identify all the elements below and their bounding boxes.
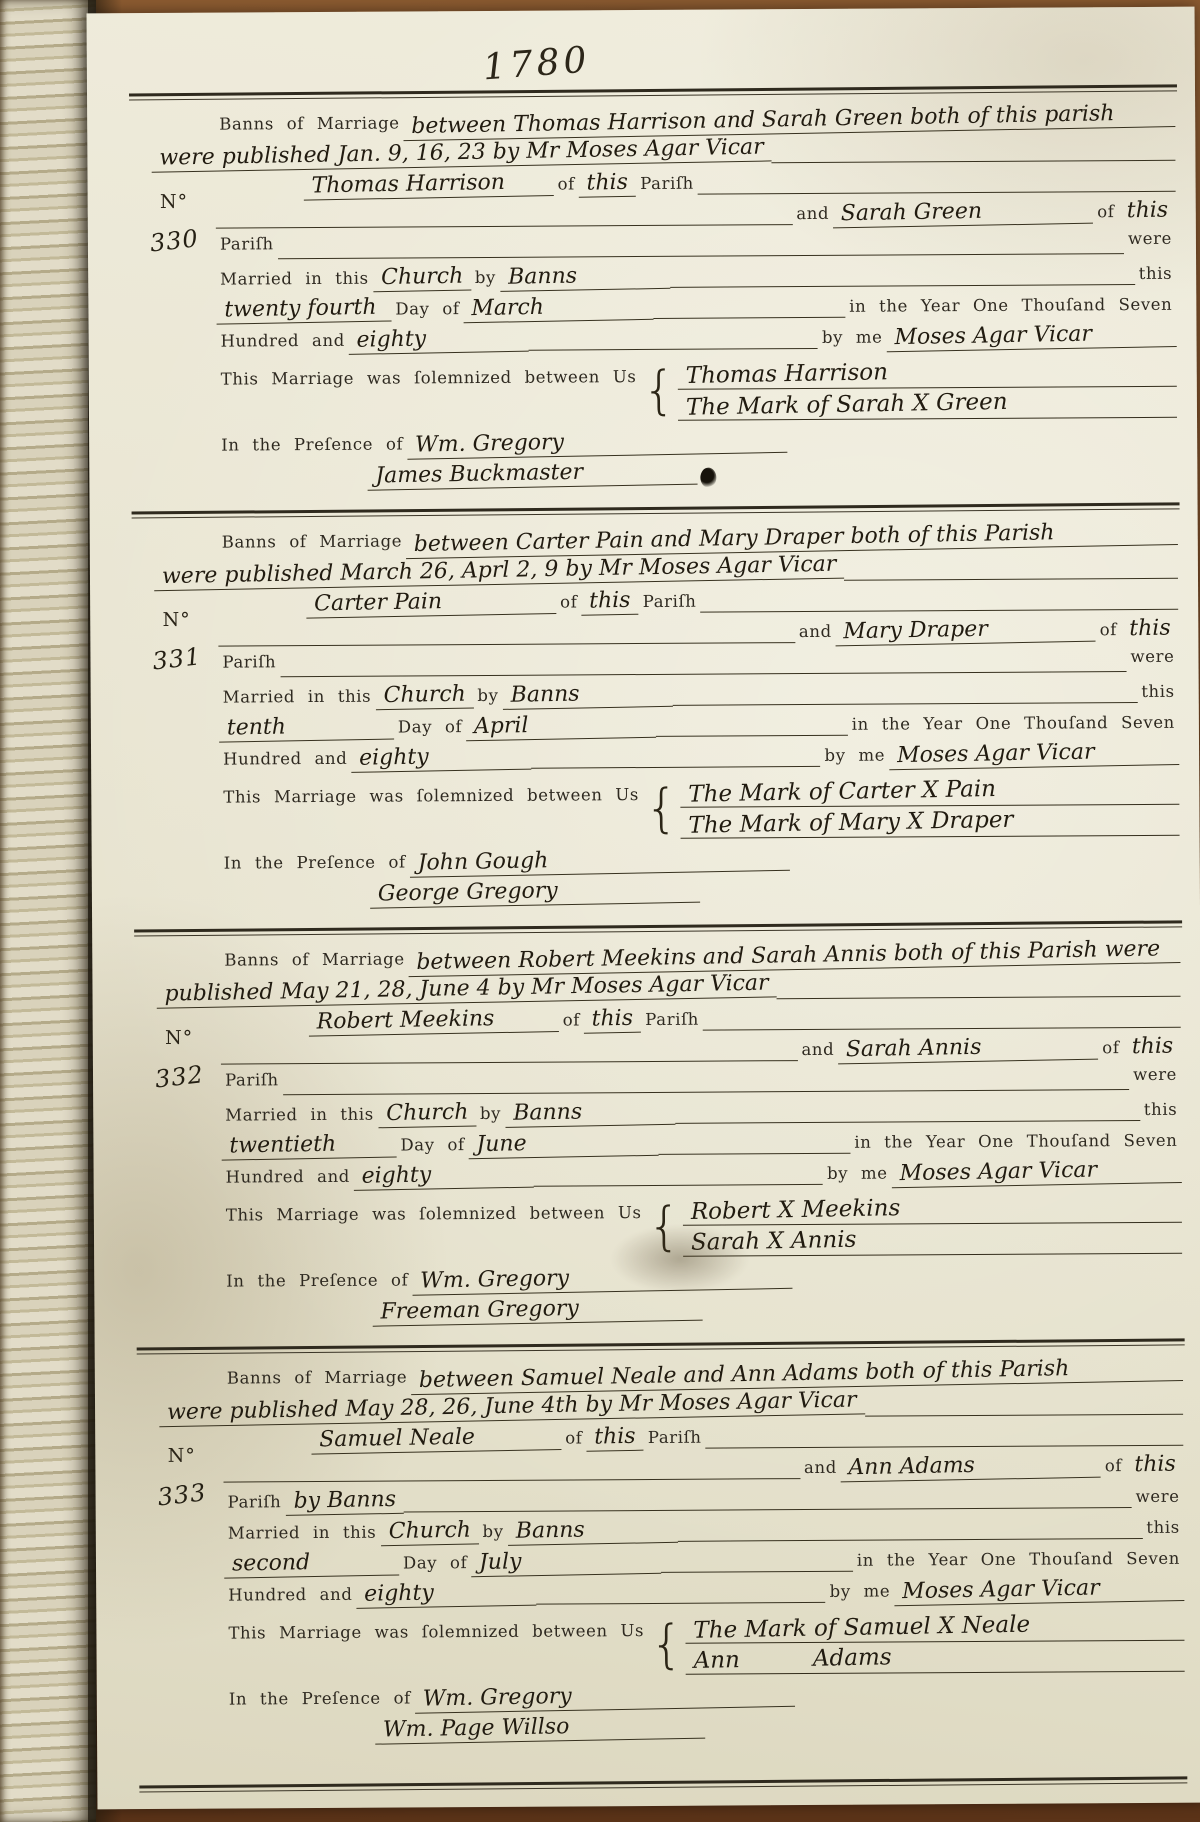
solemnized-label: This Marriage was ſolemnized between Us — [224, 1621, 648, 1643]
vicar-signature-entry: Moses Agar Vicar — [889, 738, 1179, 770]
record-number: N° 331 — [152, 609, 201, 673]
hundred-line: Hundred and eighty by me Moses Agar Vica… — [219, 740, 1179, 777]
parish-note-entry: by Banns — [285, 1487, 404, 1516]
page-content: 1780 N° 330 Banns of Marriage between Th… — [123, 39, 1190, 1791]
solemnized-label: This Marriage was ſolemnized between Us — [217, 367, 641, 389]
witness1-signature: Wm. Gregory — [407, 426, 787, 460]
day-entry: twentieth — [221, 1130, 396, 1160]
solemnized-line: This Marriage was ſolemnized between Us … — [224, 1613, 1184, 1678]
day-entry: twenty fourth — [216, 294, 391, 324]
church-entry: Church — [378, 1099, 477, 1128]
this-entry: this — [1121, 615, 1179, 642]
bride-name-entry: Sarah Annis — [838, 1033, 1098, 1065]
signatures: The Mark of Samuel X Neale Ann Adams — [685, 1613, 1185, 1675]
month-entry: July — [471, 1547, 661, 1577]
of-label: of — [1101, 1456, 1126, 1475]
banns-label: Banns of Marriage — [223, 1367, 411, 1387]
solemnized-line: This Marriage was ſolemnized between Us … — [219, 777, 1179, 842]
were-label: were — [1129, 1065, 1181, 1084]
parish-label: Pariſh — [224, 1492, 286, 1511]
banns-between-entry: between Robert Meekins and Sarah Annis b… — [408, 936, 1180, 977]
day-entry: second — [224, 1548, 399, 1578]
solemnized-label: This Marriage was ſolemnized between Us — [222, 1203, 646, 1225]
of-label: of — [556, 592, 581, 611]
hundred-line: Hundred and eighty by me Moses Agar Vica… — [222, 1158, 1182, 1195]
record-number: N° 333 — [157, 1445, 206, 1509]
parish-label: Pariſh — [221, 1070, 283, 1089]
parish-label: Pariſh — [644, 1428, 706, 1447]
banns-label: Banns of Marriage — [218, 531, 406, 551]
hundred-line: Hundred and eighty by me Moses Agar Vica… — [224, 1576, 1184, 1613]
hundred-and-label: Hundred and — [222, 1167, 354, 1187]
witness2-signature: Freeman Gregory — [372, 1294, 702, 1327]
marriage-record-331: N° 331 Banns of Marriage between Carter … — [126, 515, 1184, 922]
day-of-label: Day of — [399, 1553, 471, 1572]
hundred-and-label: Hundred and — [216, 331, 348, 351]
parish-label: Pariſh — [641, 1010, 703, 1029]
groom-signature: The Mark of Carter X Pain — [680, 776, 1004, 809]
parish-label: Pariſh — [639, 592, 701, 611]
month-entry: March — [463, 293, 653, 323]
signatures: The Mark of Carter X Pain The Mark of Ma… — [680, 777, 1180, 839]
year-line-label: in the Year One Thouſand Seven — [850, 1131, 1181, 1152]
presence-label: In the Preſence of — [220, 852, 410, 872]
were-label: were — [1132, 1487, 1184, 1506]
no-label: N° — [163, 609, 191, 631]
by-label: by — [476, 1104, 505, 1123]
this-entry: this — [586, 1424, 644, 1452]
marriage-record-330: N° 330 Banns of Marriage between Thomas … — [123, 97, 1181, 504]
record-number: N° 330 — [150, 191, 199, 255]
day-of-label: Day of — [396, 1135, 468, 1154]
record-number-value: 330 — [149, 224, 201, 257]
vicar-signature-entry: Moses Agar Vicar — [891, 1156, 1181, 1188]
witness2-line: James Buckmaster — [367, 457, 1177, 493]
decade-entry: eighty — [351, 743, 531, 773]
bride-name-entry: Ann Adams — [841, 1451, 1101, 1483]
month-entry: June — [468, 1129, 658, 1159]
hundred-and-label: Hundred and — [219, 749, 351, 769]
no-label: N° — [168, 1445, 196, 1467]
record-number-value: 333 — [156, 1478, 208, 1511]
day-entry: tenth — [219, 712, 394, 742]
presence-label: In the Preſence of — [225, 1688, 415, 1708]
record-number-value: 332 — [154, 1060, 206, 1093]
decade-entry: eighty — [349, 325, 529, 355]
church-entry: Church — [380, 1517, 479, 1546]
banns-entry: Banns — [505, 1098, 675, 1128]
groom-signature: The Mark of Samuel X Neale — [685, 1611, 1038, 1644]
bride-signature: Ann Adams — [685, 1644, 899, 1675]
vicar-signature-entry: Moses Agar Vicar — [886, 320, 1176, 352]
bride-signature: The Mark of Sarah X Green — [677, 389, 1015, 422]
year-line-label: in the Year One Thouſand Seven — [845, 295, 1176, 316]
year-line-label: in the Year One Thouſand Seven — [853, 1549, 1184, 1570]
parish-label: Pariſh — [218, 652, 280, 671]
groom-name-entry: Carter Pain — [306, 587, 556, 619]
witness1-signature: John Gough — [409, 844, 789, 878]
this-entry: this — [579, 170, 637, 198]
by-me-label: by me — [820, 746, 889, 765]
banns-label: Banns of Marriage — [220, 949, 408, 969]
month-entry: April — [466, 711, 656, 741]
bride-name-entry: Mary Draper — [835, 615, 1095, 647]
by-label: by — [473, 686, 502, 705]
were-label: were — [1126, 647, 1178, 666]
by-me-label: by me — [826, 1581, 895, 1600]
solemnized-line: This Marriage was ſolemnized between Us … — [217, 359, 1177, 424]
witness2-signature: Wm. Page Willso — [375, 1712, 705, 1745]
witness2-line: Freeman Gregory — [372, 1293, 1182, 1329]
this-label: this — [1142, 1518, 1184, 1537]
witness2-signature: James Buckmaster — [367, 458, 697, 491]
this-entry: this — [1123, 1033, 1181, 1060]
of-label: of — [561, 1428, 586, 1447]
hundred-and-label: Hundred and — [224, 1585, 356, 1605]
witness2-signature: George Gregory — [370, 876, 700, 909]
banns-entry: Banns — [507, 1516, 677, 1546]
hundred-line: Hundred and eighty by me Moses Agar Vica… — [216, 322, 1176, 359]
marriage-record-333: N° 333 Banns of Marriage between Samuel … — [131, 1351, 1189, 1758]
year-line-label: in the Year One Thouſand Seven — [848, 713, 1179, 734]
decade-entry: eighty — [354, 1161, 534, 1191]
day-of-label: Day of — [391, 299, 463, 318]
of-label: of — [559, 1010, 584, 1029]
of-label: of — [1093, 202, 1118, 221]
witness1-signature: Wm. Gregory — [415, 1680, 795, 1714]
this-entry: this — [1118, 197, 1176, 224]
book-binding-page-edges — [0, 0, 96, 1822]
and-label: and — [795, 622, 836, 641]
this-entry: this — [1126, 1451, 1184, 1478]
witness2-line: George Gregory — [370, 875, 1180, 911]
were-label: were — [1124, 229, 1176, 248]
of-label: of — [1098, 1038, 1123, 1057]
record-number-value: 331 — [151, 642, 203, 675]
groom-signature: Robert X Meekins — [682, 1195, 908, 1226]
of-label: of — [554, 174, 579, 193]
banns-entry: Banns — [502, 680, 672, 710]
bride-name-entry: Sarah Green — [833, 197, 1093, 229]
by-label: by — [471, 268, 500, 287]
brace-glyph: { — [643, 786, 680, 833]
by-me-label: by me — [823, 1164, 892, 1183]
married-in-this-label: Married in this — [219, 687, 376, 707]
decade-entry: eighty — [356, 1579, 536, 1609]
and-label: and — [792, 204, 833, 223]
this-label: this — [1137, 682, 1179, 701]
this-entry: this — [581, 588, 639, 616]
register-page: 1780 N° 330 Banns of Marriage between Th… — [87, 7, 1200, 1810]
parish-label: Pariſh — [636, 174, 698, 193]
church-entry: Church — [375, 681, 474, 710]
ink-blot — [700, 468, 716, 488]
solemnized-label: This Marriage was ſolemnized between Us — [219, 785, 643, 807]
presence-label: In the Preſence of — [222, 1270, 412, 1290]
page-bottom-rule — [139, 1776, 1187, 1792]
no-label: N° — [165, 1027, 193, 1049]
marriage-record-332: N° 332 Banns of Marriage between Robert … — [128, 933, 1186, 1340]
by-me-label: by me — [818, 328, 887, 347]
presence-label: In the Preſence of — [217, 434, 407, 454]
of-label: of — [1096, 620, 1121, 639]
witness2-line: Wm. Page Willso — [375, 1711, 1185, 1747]
bride-signature: The Mark of Mary X Draper — [680, 807, 1021, 840]
day-of-label: Day of — [394, 717, 466, 736]
and-label: and — [800, 1458, 841, 1477]
no-label: N° — [160, 191, 188, 213]
brace-glyph: { — [648, 1622, 685, 1669]
groom-name-entry: Samuel Neale — [311, 1423, 561, 1455]
by-label: by — [478, 1522, 507, 1541]
groom-name-entry: Thomas Harrison — [303, 169, 553, 201]
this-label: this — [1140, 1100, 1182, 1119]
parish-label: Pariſh — [216, 234, 278, 253]
year-heading: 1780 — [481, 38, 614, 89]
signatures: Thomas Harrison The Mark of Sarah X Gree… — [677, 359, 1177, 421]
this-label: this — [1135, 264, 1177, 283]
banns-label: Banns of Marriage — [215, 113, 403, 133]
record-number: N° 332 — [155, 1027, 204, 1091]
banns-between-entry: between Thomas Harrison and Sarah Green … — [403, 100, 1175, 141]
and-label: and — [797, 1040, 838, 1059]
church-entry: Church — [372, 263, 471, 292]
signatures: Robert X Meekins Sarah X Annis — [683, 1195, 1183, 1257]
married-in-this-label: Married in this — [216, 269, 373, 289]
married-in-this-label: Married in this — [221, 1105, 378, 1125]
this-entry: this — [584, 1006, 642, 1034]
vicar-signature-entry: Moses Agar Vicar — [894, 1574, 1184, 1606]
brace-glyph: { — [640, 368, 677, 415]
groom-name-entry: Robert Meekins — [308, 1005, 558, 1037]
groom-signature: Thomas Harrison — [677, 359, 896, 390]
banns-entry: Banns — [500, 262, 670, 292]
married-in-this-label: Married in this — [224, 1523, 381, 1543]
